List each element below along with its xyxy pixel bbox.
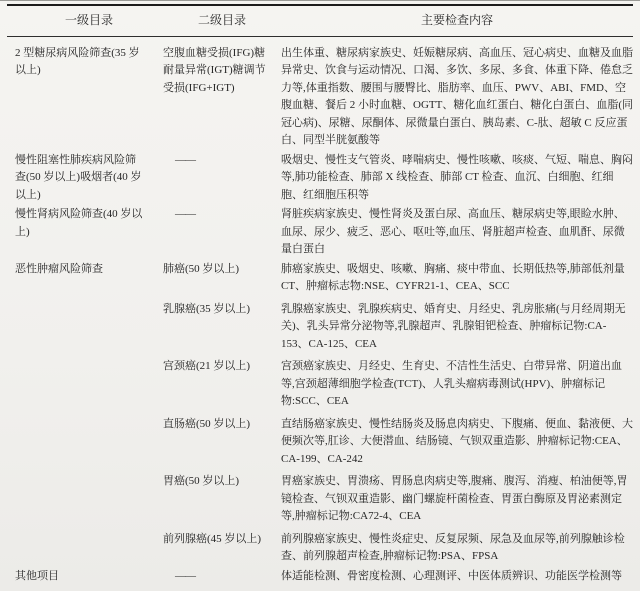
table-row: 慢性肾病风险筛查(40 岁以上) —— 肾脏疾病家族史、慢性肾炎及蛋白尿、高血压…	[15, 206, 633, 259]
table-subrow: 前列腺癌(45 岁以上) 前列腺癌家族史、慢性炎症史、反复尿频、尿急及血尿等,前…	[163, 531, 633, 566]
table-subrow: —— 体适能检测、骨密度检测、心理测评、中医体质辨识、功能医学检测等	[163, 568, 633, 586]
content-cell: 胃癌家族史、胃溃疡、胃肠息肉病史等,腹痛、腹泻、消瘦、柏油便等,胃镜检查、气钡双…	[281, 473, 633, 526]
table-subrow: 空腹血糖受损(IFG)糖耐量异常(IGT)糖调节受损(IFG+IGT) 出生体重…	[163, 45, 633, 150]
level2-cell: 前列腺癌(45 岁以上)	[163, 531, 281, 566]
table-subrow: —— 吸烟史、慢性支气管炎、哮喘病史、慢性咳嗽、咳痰、气短、喘息、胸闷等,肺功能…	[163, 152, 633, 205]
header-level1: 一级目录	[15, 12, 163, 30]
level2-cell-dash: ——	[163, 206, 281, 259]
header-content: 主要检查内容	[281, 12, 633, 30]
header-level2: 二级目录	[163, 12, 281, 30]
document-page: 一级目录 二级目录 主要检查内容 2 型糖尿病风险筛查(35 岁以上) 空腹血糖…	[0, 0, 640, 591]
table-subrow: 乳腺癌(35 岁以上) 乳腺癌家族史、乳腺疾病史、婚育史、月经史、乳房胀痛(与月…	[163, 301, 633, 354]
table-subrow: 宫颈癌(21 岁以上) 宫颈癌家族史、月经史、生育史、不洁性生活史、白带异常、阴…	[163, 358, 633, 411]
table-row: 2 型糖尿病风险筛查(35 岁以上) 空腹血糖受损(IFG)糖耐量异常(IGT)…	[15, 45, 633, 150]
level2-cell: 空腹血糖受损(IFG)糖耐量异常(IGT)糖调节受损(IFG+IGT)	[163, 45, 281, 150]
content-cell: 肺癌家族史、吸烟史、咳嗽、胸痛、痰中带血、长期低热等,肺部低剂量CT、肿瘤标志物…	[281, 261, 633, 296]
table-subrow: —— 肾脏疾病家族史、慢性肾炎及蛋白尿、高血压、糖尿病史等,眼睑水肿、血尿、尿少…	[163, 206, 633, 259]
content-cell: 宫颈癌家族史、月经史、生育史、不洁性生活史、白带异常、阴道出血等,宫颈超薄细胞学…	[281, 358, 633, 411]
table-header-row: 一级目录 二级目录 主要检查内容	[7, 4, 633, 37]
table-row: 其他项目 —— 体适能检测、骨密度检测、心理测评、中医体质辨识、功能医学检测等	[15, 568, 633, 586]
level1-cell: 慢性阻塞性肺疾病风险筛查(50 岁以上)吸烟者(40 岁以上)	[15, 152, 163, 205]
level2-cell: 乳腺癌(35 岁以上)	[163, 301, 281, 354]
content-cell: 肾脏疾病家族史、慢性肾炎及蛋白尿、高血压、糖尿病史等,眼睑水肿、血尿、尿少、疲乏…	[281, 206, 633, 259]
level2-cell-dash: ——	[163, 568, 281, 586]
content-cell: 吸烟史、慢性支气管炎、哮喘病史、慢性咳嗽、咳痰、气短、喘息、胸闷等,肺功能检查、…	[281, 152, 633, 205]
level2-cell: 肺癌(50 岁以上)	[163, 261, 281, 296]
content-cell: 出生体重、糖尿病家族史、妊娠糖尿病、高血压、冠心病史、血糖及血脂异常史、饮食与运…	[281, 45, 633, 150]
content-cell: 乳腺癌家族史、乳腺疾病史、婚育史、月经史、乳房胀痛(与月经周期无关)、乳头异常分…	[281, 301, 633, 354]
level1-cell: 慢性肾病风险筛查(40 岁以上)	[15, 206, 163, 259]
content-cell: 前列腺癌家族史、慢性炎症史、反复尿频、尿急及血尿等,前列腺触诊检查、前列腺超声检…	[281, 531, 633, 566]
level1-cell: 恶性肿瘤风险筛查	[15, 261, 163, 566]
level2-cell: 直肠癌(50 岁以上)	[163, 416, 281, 469]
level1-cell: 其他项目	[15, 568, 163, 586]
table-subrow: 胃癌(50 岁以上) 胃癌家族史、胃溃疡、胃肠息肉病史等,腹痛、腹泻、消瘦、柏油…	[163, 473, 633, 526]
table-row: 慢性阻塞性肺疾病风险筛查(50 岁以上)吸烟者(40 岁以上) —— 吸烟史、慢…	[15, 152, 633, 205]
table-subrow: 直肠癌(50 岁以上) 直结肠癌家族史、慢性结肠炎及肠息肉病史、下腹痛、便血、黏…	[163, 416, 633, 469]
level2-cell: 宫颈癌(21 岁以上)	[163, 358, 281, 411]
table-body: 2 型糖尿病风险筛查(35 岁以上) 空腹血糖受损(IFG)糖耐量异常(IGT)…	[7, 37, 633, 591]
content-cell: 直结肠癌家族史、慢性结肠炎及肠息肉病史、下腹痛、便血、黏液便、大便频次等,肛诊、…	[281, 416, 633, 469]
content-cell: 体适能检测、骨密度检测、心理测评、中医体质辨识、功能医学检测等	[281, 568, 633, 586]
level2-cell-dash: ——	[163, 152, 281, 205]
level2-cell: 胃癌(50 岁以上)	[163, 473, 281, 526]
table-row: 恶性肿瘤风险筛查 肺癌(50 岁以上) 肺癌家族史、吸烟史、咳嗽、胸痛、痰中带血…	[15, 261, 633, 566]
level1-cell: 2 型糖尿病风险筛查(35 岁以上)	[15, 45, 163, 150]
table-subrow: 肺癌(50 岁以上) 肺癌家族史、吸烟史、咳嗽、胸痛、痰中带血、长期低热等,肺部…	[163, 261, 633, 296]
